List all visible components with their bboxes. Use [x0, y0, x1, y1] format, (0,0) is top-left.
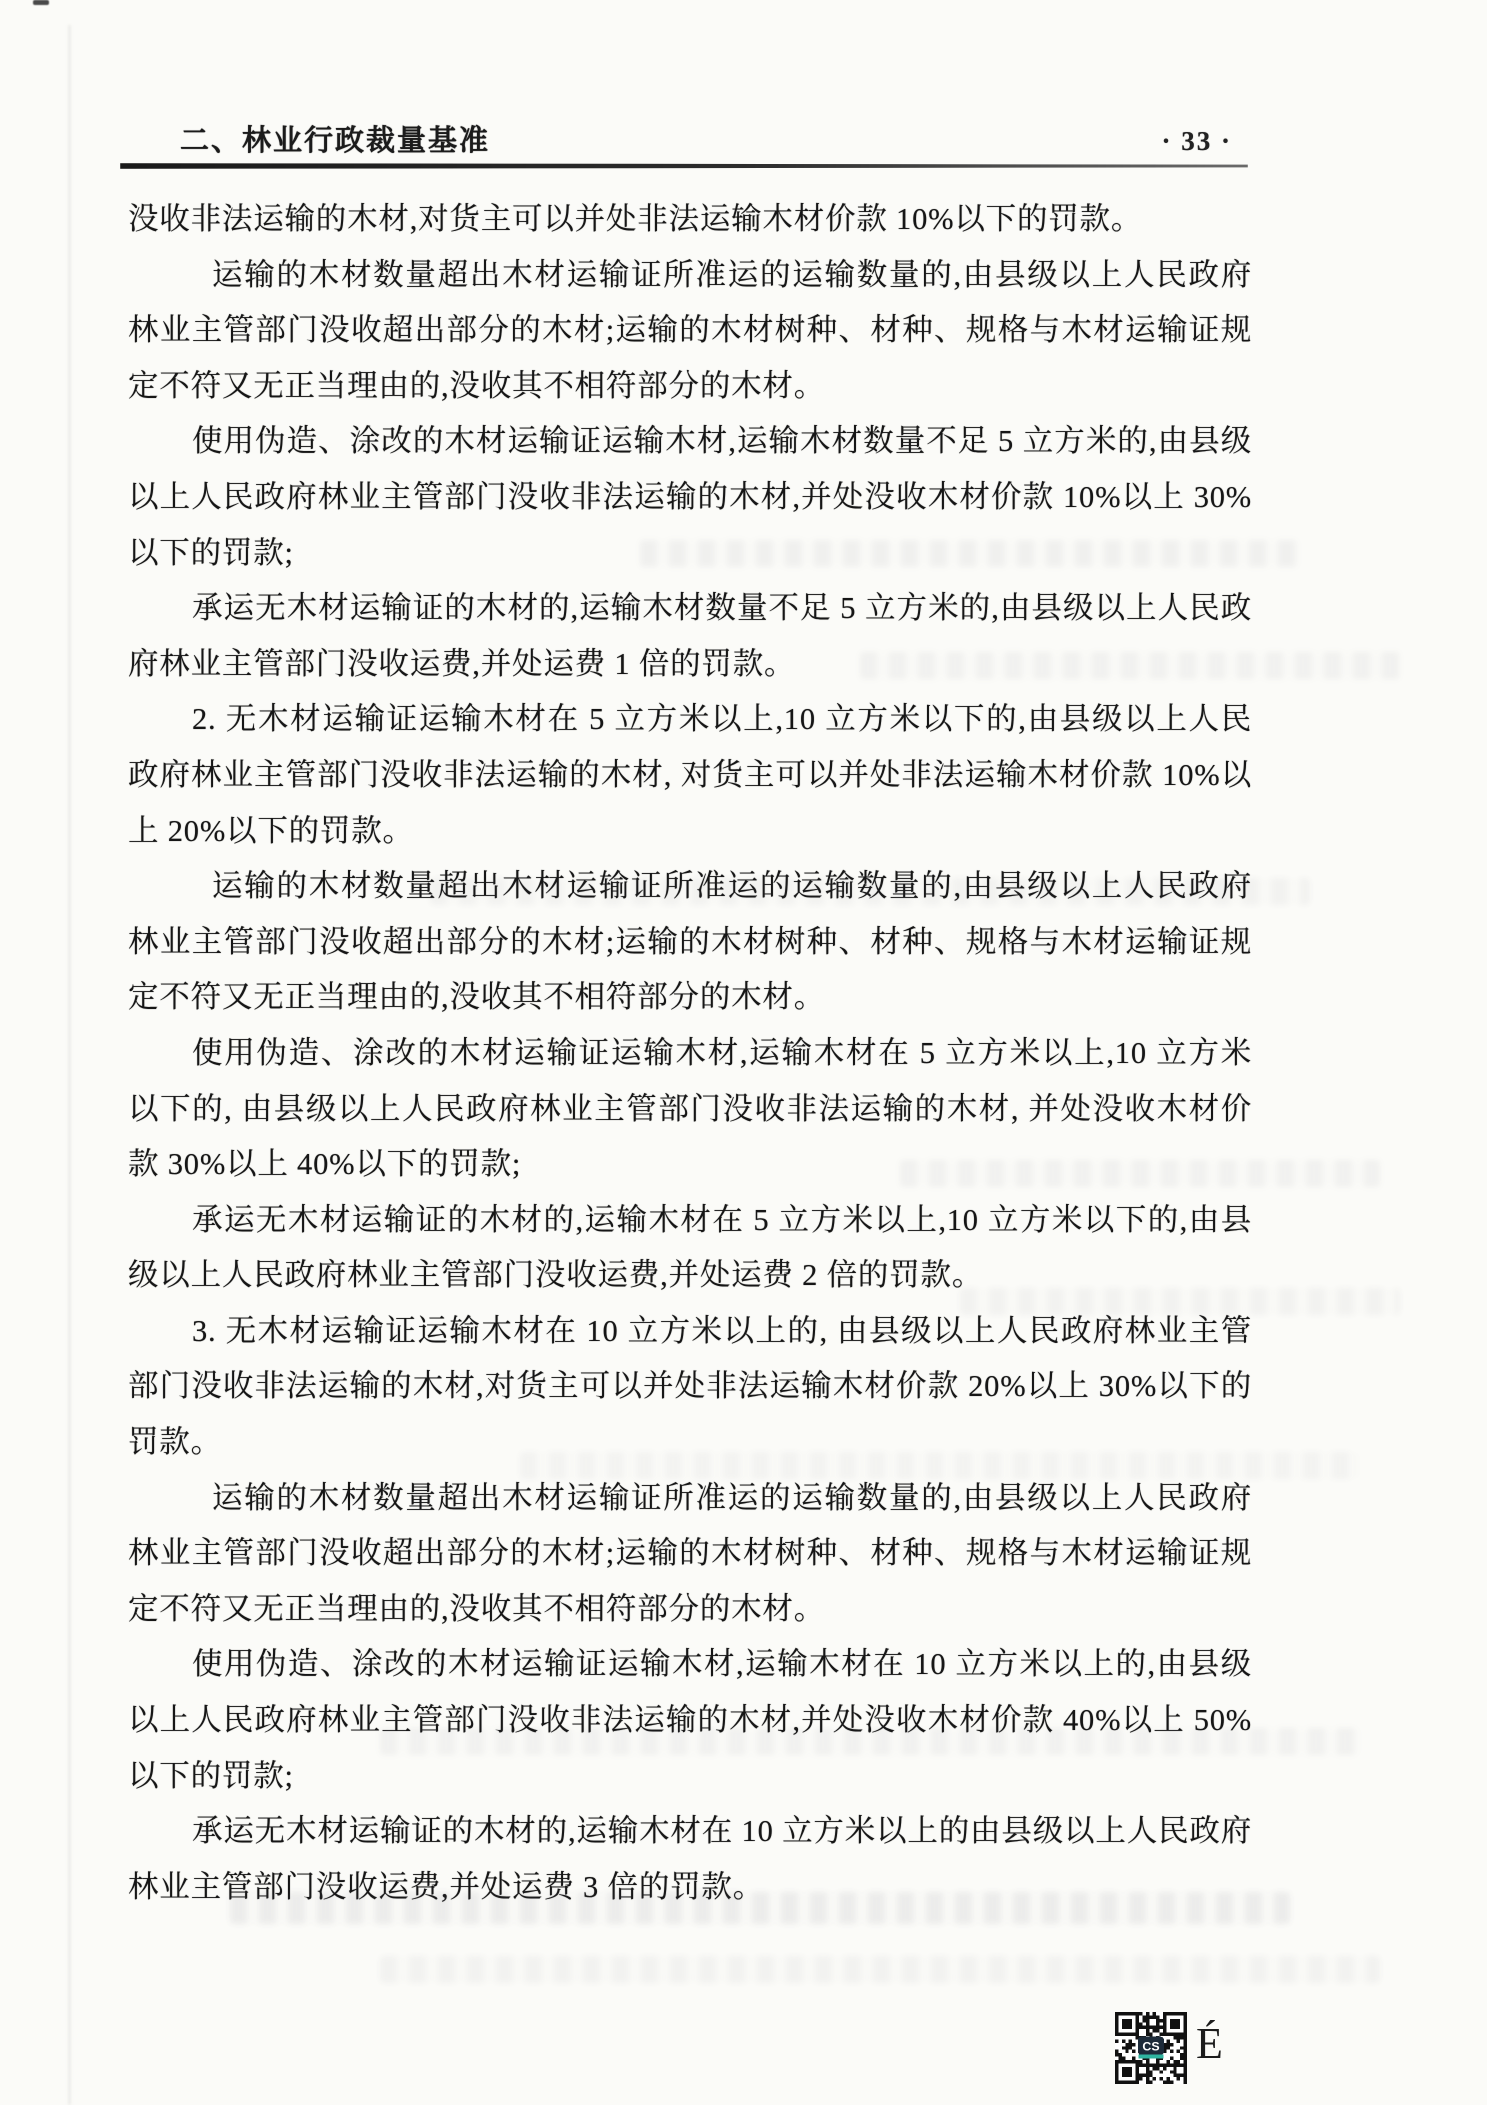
page-number: · 33 ·	[1120, 126, 1232, 157]
bleed-through-smudge	[860, 652, 1400, 679]
bleed-through-smudge	[380, 1956, 1380, 1983]
qr-badge: CS	[1138, 2037, 1164, 2059]
body-paragraph: 使用伪造、涂改的木材运输证运输木材,运输木材在 10 立方米以上的,由县级以上人…	[128, 1637, 1252, 1804]
section-title: 二、林业行政裁量基准	[180, 118, 490, 159]
body-paragraph: 没收非法运输的木材,对货主可以并处非法运输木材价款 10%以下的罚款。	[128, 192, 1252, 248]
scan-speck	[33, 0, 49, 5]
bleed-through-smudge	[900, 1160, 1380, 1187]
qr-code-icon: CS	[1115, 2012, 1187, 2084]
header-divider	[120, 163, 1248, 169]
qr-badge-label: CS	[1142, 2040, 1159, 2054]
bleed-through-smudge	[960, 1288, 1400, 1315]
bleed-through-smudge	[640, 540, 1300, 567]
bleed-through-smudge	[430, 878, 1310, 905]
bleed-through-smudge	[380, 1728, 1360, 1755]
stray-glyph: É	[1196, 2018, 1223, 2069]
bleed-through-smudge	[230, 1892, 1290, 1924]
body-paragraph: 2. 无木材运输证运输木材在 5 立方米以上,10 立方米以下的,由县级以上人民…	[128, 692, 1252, 859]
scan-crease	[68, 25, 71, 2105]
bleed-through-smudge	[520, 1452, 1360, 1479]
scanned-book-page: { "header": { "section_title": "二、林业行政裁量…	[0, 0, 1487, 2105]
body-paragraph: 3. 无木材运输证运输木材在 10 立方米以上的, 由县级以上人民政府林业主管部…	[128, 1304, 1252, 1471]
body-text: 没收非法运输的木材,对货主可以并处非法运输木材价款 10%以下的罚款。运输的木材…	[128, 192, 1252, 1915]
body-paragraph: 运输的木材数量超出木材运输证所准运的运输数量的,由县级以上人民政府林业主管部门没…	[128, 248, 1252, 415]
body-paragraph: 运输的木材数量超出木材运输证所准运的运输数量的,由县级以上人民政府林业主管部门没…	[128, 1471, 1252, 1638]
